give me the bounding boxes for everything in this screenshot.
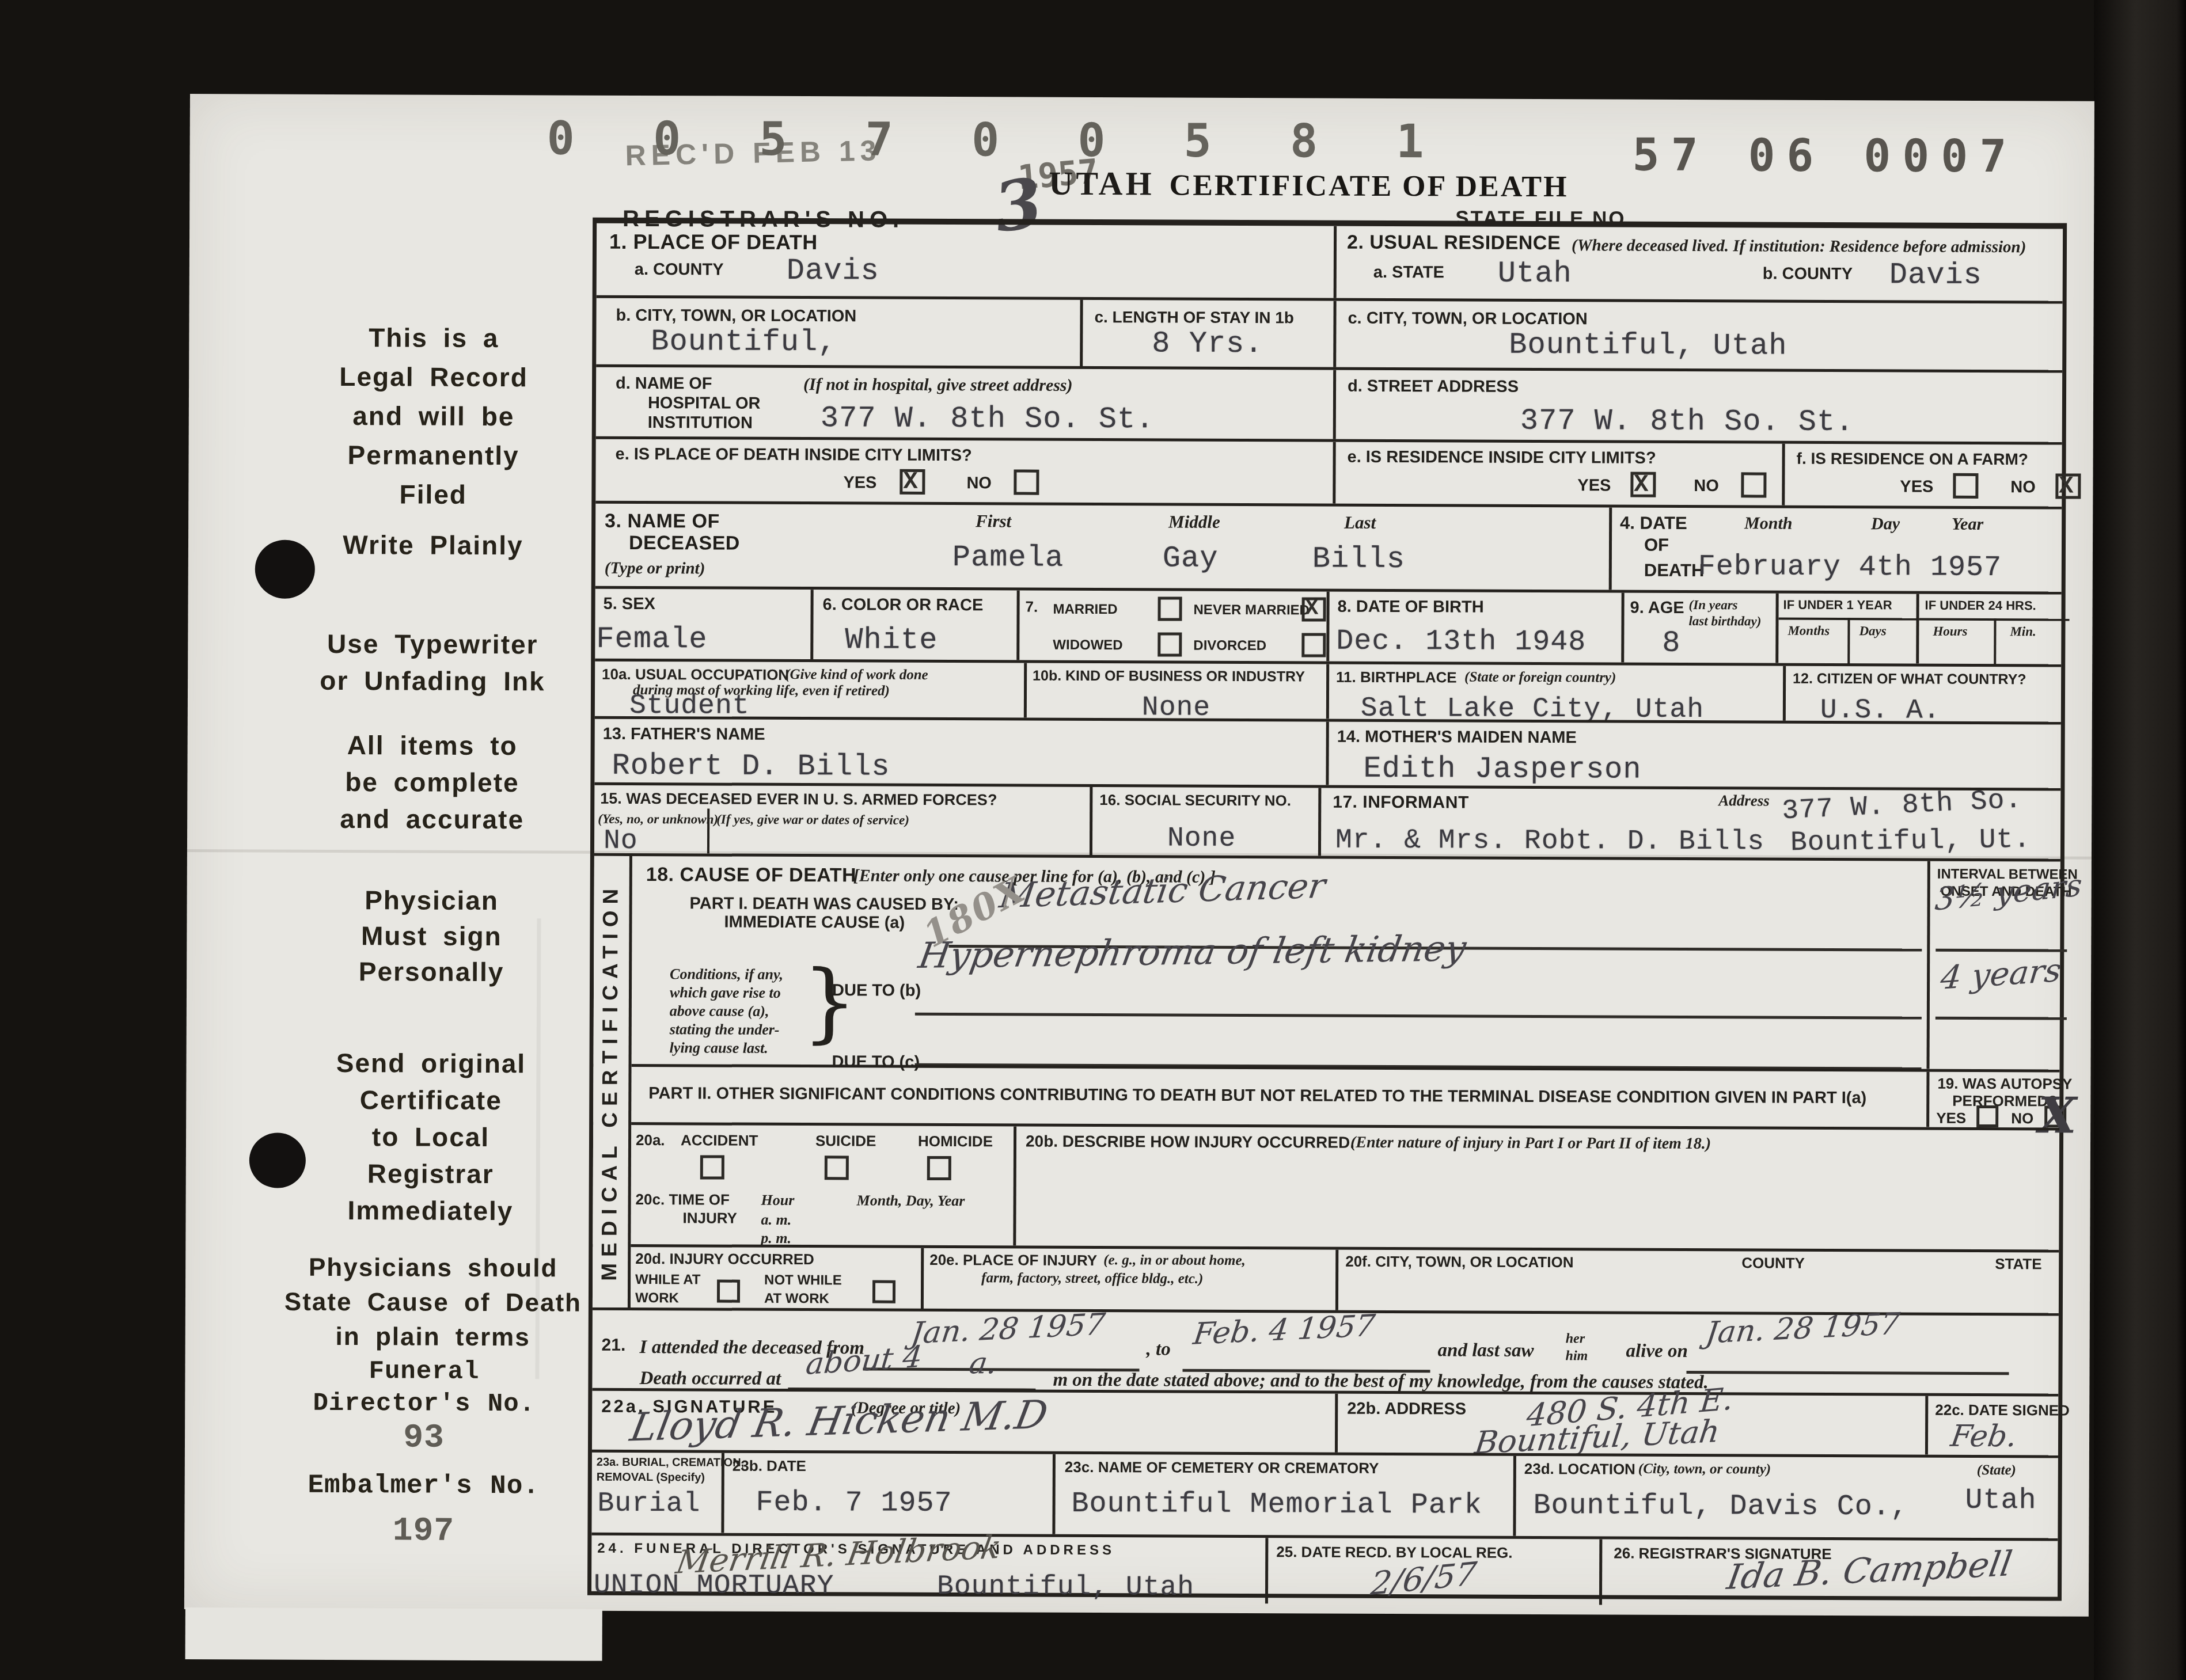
row-occupation-birthplace-citizen: 10a. USUAL OCCUPATION (Give kind of work…	[595, 659, 2061, 722]
date-received-handwritten: 2/6/57	[1369, 1555, 1479, 1603]
field-label: 20c. TIME OF	[636, 1191, 730, 1208]
margin-line: to Local	[209, 1118, 652, 1156]
field-note: farm, factory, street, office bldg., etc…	[981, 1270, 1203, 1287]
mortuary-city: Bountiful, Utah	[937, 1571, 1194, 1603]
field-label: REMOVAL (Specify)	[597, 1471, 705, 1484]
margin-note-send-original: Send original Certificate to Local Regis…	[208, 1044, 652, 1230]
field-note: (Type or print)	[605, 559, 705, 579]
field-value: Robert D. Bills	[612, 749, 890, 784]
row-physician-signature: 22a. SIGNATURE (Degree or title) Lloyd R…	[592, 1388, 2058, 1455]
statement-text: and last saw	[1438, 1340, 1534, 1362]
informant-value: Mr. & Mrs. Robt. D. Bills	[1335, 825, 1764, 858]
married-label: MARRIED	[1053, 602, 1118, 618]
field-label: 11. BIRTHPLACE	[1336, 669, 1457, 686]
row-injury-lower: 20d. INJURY OCCURRED WHILE AT WORK NOT W…	[593, 1244, 2059, 1313]
yes-label: YES	[1936, 1110, 1966, 1127]
checkbox-suicide	[825, 1156, 849, 1180]
margin-line: be complete	[210, 763, 654, 801]
checkbox-accident	[700, 1155, 724, 1179]
field-9-under-24-hrs: IF UNDER 24 HRS. Hours Min.	[1916, 594, 2069, 664]
conditions-note: stating the under-	[670, 1021, 780, 1039]
informant-address-line1: 377 W. 8th So.	[1781, 784, 2022, 827]
field-label: 9. AGE	[1630, 599, 1684, 618]
field-20e-place-of-injury: 20e. PLACE OF INJURY (e. g., in or about…	[921, 1248, 1335, 1310]
field-2e-inside-city-limits: e. IS RESIDENCE INSIDE CITY LIMITS? YES …	[1333, 442, 1782, 505]
margin-line: Send original	[209, 1044, 652, 1082]
checkbox-1e-no	[1014, 469, 1039, 495]
last-name-value: Bills	[1312, 542, 1405, 576]
first-name-value: Pamela	[952, 541, 1064, 575]
min-heading: Min.	[2010, 624, 2036, 639]
state-heading: STATE	[1995, 1256, 2041, 1272]
field-label: d. NAME OF	[616, 374, 712, 393]
scanned-death-certificate-page: 0 0 5 7 0 0 5 8 1 REC'D FEB 13 1957 3 RE…	[0, 0, 2186, 1680]
margin-line: Certificate	[209, 1081, 652, 1119]
funeral-directors-no-label: Funeral Director's No.	[202, 1355, 646, 1421]
field-value: Bountiful Memorial Park	[1071, 1488, 1482, 1522]
line	[1686, 1371, 2009, 1375]
field-value: Feb. 7 1957	[756, 1487, 952, 1520]
margin-line: Embalmer's No.	[202, 1465, 646, 1506]
margin-line: Must sign	[210, 917, 653, 955]
field-label: HOSPITAL OR	[648, 394, 761, 413]
checkbox-autopsy-no: X	[2044, 1105, 2066, 1127]
field-1e-inside-city-limits: e. IS PLACE OF DEATH INSIDE CITY LIMITS?…	[595, 439, 1333, 504]
divider	[1847, 618, 1850, 666]
field-value: Bountiful, Davis Co.,	[1533, 1489, 1908, 1523]
field-value: Dec. 13th 1948	[1336, 625, 1586, 659]
field-23a-burial: 23a. BURIAL, CREMATION, REMOVAL (Specify…	[591, 1453, 722, 1533]
first-name-heading: First	[976, 511, 1011, 531]
scan-right-edge-shadow	[2094, 0, 2186, 1680]
checkbox-widowed	[1157, 632, 1182, 656]
widowed-label: WIDOWED	[1053, 638, 1122, 653]
row-city-limits-farm: e. IS PLACE OF DEATH INSIDE CITY LIMITS?…	[595, 436, 2062, 507]
interval-b-line	[1935, 1017, 2067, 1020]
divorced-label: DIVORCED	[1193, 638, 1266, 654]
x-mark: X	[903, 470, 917, 494]
form-title: UTAHCERTIFICATE OF DEATH	[1049, 164, 1568, 204]
field-label: c. LENGTH OF STAY IN 1b	[1094, 308, 1294, 327]
x-mark: X	[1634, 473, 1648, 497]
margin-note-complete: All items to be complete and accurate	[210, 726, 654, 838]
field-label: INSTITUTION	[648, 413, 753, 432]
yes-label: YES	[1900, 477, 1933, 496]
checkbox-married	[1157, 596, 1182, 621]
date-signed-handwritten: Feb.	[1949, 1419, 2019, 1454]
field-label: f. IS RESIDENCE ON A FARM?	[1797, 450, 2029, 469]
row-name-dateofdeath: 3. NAME OF DECEASED (Type or print) Firs…	[595, 501, 2062, 592]
part1-label: PART I. DEATH WAS CAUSED BY:	[690, 894, 959, 914]
embalmers-no-label: Embalmer's No.	[202, 1465, 646, 1506]
margin-line: Filed	[211, 474, 655, 515]
field-1a-county-label: a. COUNTY	[635, 260, 724, 279]
field-2d-street-address: d. STREET ADDRESS 377 W. 8th So. St.	[1333, 370, 2070, 442]
divider	[707, 808, 709, 853]
margin-line: Use Typewriter	[211, 625, 654, 663]
row-injury-upper: 20a. ACCIDENT SUICIDE HOMICIDE 20c. TIME…	[593, 1122, 2059, 1250]
field-label: 23b. DATE	[733, 1458, 806, 1475]
margin-line: and will be	[212, 396, 655, 436]
field-4-date-of-death: 4. DATE OF DEATH Month Day Year February…	[1609, 507, 2070, 591]
am-label: a. m.	[761, 1211, 791, 1229]
field-9-under-1-year: IF UNDER 1 YEAR Months Days	[1775, 594, 1916, 664]
field-note: last birthday)	[1688, 614, 1761, 629]
field-23c-cemetery: 23c. NAME OF CEMETERY OR CREMATORY Bount…	[1052, 1454, 1513, 1536]
no-label: NO	[966, 474, 992, 493]
checkbox-2e-yes: X	[1630, 472, 1656, 497]
certificate-form: 1. PLACE OF DEATH a. COUNTY Davis 2. USU…	[587, 218, 2067, 1601]
under-24-hrs-heading: IF UNDER 24 HRS.	[1925, 599, 2036, 613]
medical-certification-label: MEDICAL CERTIFICATION	[597, 856, 623, 1307]
state-note: (State)	[1977, 1462, 2016, 1478]
checkbox-autopsy-yes	[1976, 1105, 1998, 1127]
medical-certification-strip: MEDICAL CERTIFICATION	[593, 856, 632, 1307]
margin-line: Physician	[210, 881, 654, 919]
not-while-at-work-label: NOT WHILE	[764, 1273, 842, 1288]
field-17-informant: 17. INFORMANT Address 377 W. 8th So. Bou…	[1318, 788, 2069, 859]
row-cause-of-death: 18. CAUSE OF DEATH [Enter only one cause…	[594, 853, 2060, 1070]
field-22c-date-signed: 22c. DATE SIGNED Feb.	[1925, 1396, 2066, 1455]
field-label: 23d. LOCATION	[1524, 1461, 1635, 1478]
field-8-date-of-birth: 8. DATE OF BIRTH Dec. 13th 1948	[1326, 592, 1621, 663]
yes-label: YES	[1577, 476, 1611, 495]
field-note: (In years	[1689, 598, 1738, 613]
field-note: (Where deceased lived. If institution: R…	[1572, 236, 2026, 257]
field-18-interval: INTERVAL BETWEEN ONSET AND DEATH 3½ year…	[1927, 861, 2069, 1070]
field-2c-city: c. CITY, TOWN, OR LOCATION Bountiful, Ut…	[1333, 301, 2070, 370]
yes-label: YES	[843, 473, 876, 492]
field-5-sex: 5. SEX Female	[595, 589, 810, 659]
state-value: Utah	[1965, 1484, 2037, 1517]
margin-note-physician-sign: Physician Must sign Personally	[210, 881, 654, 990]
checkbox-2e-no	[1741, 472, 1766, 497]
interval-a-line	[1935, 949, 2067, 952]
hour-heading: Hour	[761, 1192, 795, 1209]
field-value: 377 W. 8th So. St.	[821, 401, 1155, 436]
field-label: 22c. DATE SIGNED	[1935, 1402, 2070, 1419]
field-label: 22b. ADDRESS	[1347, 1400, 1466, 1419]
him-label: him	[1566, 1348, 1588, 1364]
field-20c-time-of-injury: 20c. TIME OF INJURY Hour a. m. p. m. Mon…	[631, 1187, 1013, 1249]
field-23b-date: 23b. DATE Feb. 7 1957	[721, 1453, 1053, 1534]
field-23d-location: 23d. LOCATION (City, town, or county) (S…	[1513, 1456, 2066, 1538]
margin-line: 197	[202, 1511, 645, 1552]
field-2f-residence-on-farm: f. IS RESIDENCE ON A FARM? YES NO X	[1782, 444, 2070, 507]
margin-line: Funeral	[202, 1355, 646, 1389]
month-heading: Month	[1744, 514, 1793, 533]
field-13-fathers-name: 13. FATHER'S NAME Robert D. Bills	[594, 719, 1326, 785]
field-11-birthplace: 11. BIRTHPLACE (State or foreign country…	[1326, 664, 1783, 721]
field-label: 6. COLOR OR RACE	[823, 595, 984, 615]
field-21-attended: 21. I attended the deceased from Jan. 28…	[592, 1310, 2066, 1394]
field-note: (e. g., in or about home,	[1103, 1252, 1246, 1269]
checkbox-while-at-work	[717, 1280, 740, 1303]
checkbox-not-while-at-work	[872, 1280, 895, 1303]
field-note: (Yes, no, or unknown)	[598, 812, 718, 827]
address-label: Address	[1718, 792, 1770, 809]
margin-line: Permanently	[211, 435, 655, 476]
field-value: None	[1167, 823, 1236, 854]
margin-note-legal-record: This is a Legal Record and will be Perma…	[211, 317, 655, 515]
checkbox-2f-yes	[1953, 473, 1978, 499]
age-value: 8	[1662, 626, 1680, 660]
field-2a-state-label: a. STATE	[1373, 263, 1444, 282]
state-file-number-stamp: 57 06 0007	[1632, 130, 2018, 183]
field-note: (Give kind of work done	[785, 667, 928, 683]
field-label: b. CITY, TOWN, OR LOCATION	[616, 306, 856, 326]
field-label: c. CITY, TOWN, OR LOCATION	[1348, 309, 1587, 329]
field-1d-hospital: d. NAME OF HOSPITAL OR INSTITUTION (If n…	[596, 367, 1333, 439]
last-name-heading: Last	[1344, 512, 1376, 533]
field-label: 18. CAUSE OF DEATH	[646, 864, 857, 887]
field-3-name-of-deceased: 3. NAME OF DECEASED (Type or print) Firs…	[595, 504, 1610, 590]
due-to-b-label: DUE TO (b)	[832, 981, 921, 1000]
embalmers-no-value: 197	[202, 1511, 645, 1552]
field-label: 10a. USUAL OCCUPATION	[602, 666, 789, 683]
field-label: 15. WAS DECEASED EVER IN U. S. ARMED FOR…	[600, 790, 997, 809]
no-label: NO	[2010, 478, 2036, 497]
never-married-label: NEVER MARRIED	[1194, 603, 1310, 619]
x-mark: X	[2059, 474, 2073, 498]
checkbox-2f-no: X	[2055, 473, 2081, 499]
margin-line: Personally	[210, 953, 653, 990]
title-state: UTAH	[1049, 165, 1155, 203]
margin-line: Registrar	[209, 1154, 652, 1193]
field-label: INJURY	[682, 1210, 737, 1226]
margin-line: or Unfading Ink	[211, 662, 654, 700]
field-2b-county-value: Davis	[1889, 258, 1982, 292]
margin-line: Immediately	[208, 1191, 652, 1230]
field-label: 10b. KIND OF BUSINESS OR INDUSTRY	[1033, 668, 1305, 685]
field-label: 1. PLACE OF DEATH	[609, 230, 818, 254]
margin-line: This is a	[212, 317, 655, 358]
field-label: e. IS PLACE OF DEATH INSIDE CITY LIMITS?	[616, 445, 972, 465]
field-label: 20d. INJURY OCCURRED	[635, 1251, 814, 1268]
field-24-funeral-director: 24. FUNERAL DIRECTOR'S SIGNATURE AND ADD…	[591, 1535, 1265, 1603]
field-label: 2. USUAL RESIDENCE	[1347, 232, 1561, 254]
while-at-work-label: WHILE AT	[635, 1272, 700, 1288]
field-15-armed-forces: 15. WAS DECEASED EVER IN U. S. ARMED FOR…	[594, 785, 1090, 855]
days-heading: Days	[1859, 624, 1886, 638]
conditions-note: Conditions, if any,	[670, 966, 783, 983]
field-2-usual-residence: 2. USUAL RESIDENCE (Where deceased lived…	[1334, 226, 2071, 301]
day-heading: Day	[1871, 514, 1900, 534]
death-ampm-handwritten: a.	[967, 1346, 999, 1381]
immediate-cause-label: IMMEDIATE CAUSE (a)	[724, 913, 905, 933]
field-value: 377 W. 8th So. St.	[1520, 404, 1854, 439]
field-value: No	[604, 826, 638, 857]
field-22a-signature: 22a. SIGNATURE (Degree or title) Lloyd R…	[592, 1391, 1335, 1453]
row-part2-autopsy: PART II. OTHER SIGNIFICANT CONDITIONS CO…	[593, 1064, 2059, 1128]
field-1c-length-of-stay: c. LENGTH OF STAY IN 1b 8 Yrs.	[1080, 300, 1333, 367]
field-12-citizen: 12. CITIZEN OF WHAT COUNTRY? U.S. A.	[1783, 666, 2069, 722]
margin-line: Write Plainly	[211, 524, 655, 565]
row-funeral-registrar: 24. FUNERAL DIRECTOR'S SIGNATURE AND ADD…	[591, 1533, 2058, 1607]
field-label: 7.	[1026, 599, 1038, 615]
field-note: (Enter nature of injury in Part I or Par…	[1350, 1134, 1711, 1153]
field-1a-county-value: Davis	[787, 254, 879, 288]
middle-name-value: Gay	[1163, 541, 1219, 575]
field-label: 5. SEX	[604, 595, 655, 614]
part2-label: PART II. OTHER SIGNIFICANT CONDITIONS CO…	[648, 1084, 1866, 1108]
margin-note-typewriter: Use Typewriter or Unfading Ink	[211, 625, 654, 700]
attended-from-handwritten: Jan. 28 1957	[909, 1307, 1107, 1351]
checkbox-1e-yes: X	[900, 469, 925, 495]
attended-to-handwritten: Feb. 4 1957	[1191, 1309, 1377, 1352]
margin-note-write-plainly: Write Plainly	[211, 524, 655, 565]
year-heading: Year	[1952, 515, 1983, 534]
field-label: 20f. CITY, TOWN, OR LOCATION	[1345, 1253, 1573, 1271]
certificate-paper: 0 0 5 7 0 0 5 8 1 REC'D FEB 13 1957 3 RE…	[184, 94, 2094, 1617]
field-label: 23c. NAME OF CEMETERY OR CREMATORY	[1065, 1459, 1379, 1477]
row-place-usual-residence: 1. PLACE OF DEATH a. COUNTY Davis 2. USU…	[597, 223, 2063, 301]
margin-line: Legal Record	[212, 356, 655, 397]
date-of-death-value: February 4th 1957	[1698, 550, 2002, 584]
paper-bottom-left-edge	[185, 1607, 602, 1661]
margin-line: 93	[202, 1418, 646, 1459]
field-7-marital-status: 7. MARRIED NEVER MARRIED X WIDOWED DIVOR…	[1016, 591, 1326, 662]
field-label: 16. SOCIAL SECURITY NO.	[1099, 792, 1291, 809]
months-heading: Months	[1787, 624, 1830, 638]
row-attended-statement: 21. I attended the deceased from Jan. 28…	[592, 1307, 2059, 1394]
field-label: 13. FATHER'S NAME	[603, 725, 765, 744]
field-label: 8. DATE OF BIRTH	[1338, 598, 1484, 617]
margin-line: Director's No.	[202, 1387, 646, 1421]
checkbox-never-married: X	[1301, 597, 1326, 621]
field-label: 20a.	[636, 1132, 665, 1149]
row-hospital-street: d. NAME OF HOSPITAL OR INSTITUTION (If n…	[596, 364, 2062, 442]
margin-line: and accurate	[210, 800, 654, 838]
field-20a-accident-suicide-homicide: 20a. ACCIDENT SUICIDE HOMICIDE	[631, 1125, 1014, 1188]
under-1-year-heading: IF UNDER 1 YEAR	[1783, 598, 1892, 613]
suicide-label: SUICIDE	[815, 1132, 876, 1150]
conditions-note: lying cause last.	[670, 1039, 768, 1057]
field-note: (If yes, give war or dates of service)	[716, 812, 909, 828]
field-value: Burial	[597, 1488, 700, 1520]
homicide-label: HOMICIDE	[918, 1133, 993, 1150]
field-note: (City, town, or county)	[1638, 1461, 1771, 1478]
brace-glyph: }	[802, 959, 857, 1046]
field-14-mothers-maiden-name: 14. MOTHER'S MAIDEN NAME Edith Jasperson	[1326, 722, 2069, 788]
middle-name-heading: Middle	[1168, 512, 1220, 533]
field-label: DECEASED	[629, 533, 740, 554]
county-heading: COUNTY	[1741, 1255, 1805, 1272]
field-note: (If not in hospital, give street address…	[803, 375, 1073, 396]
field-label: 4. DATE	[1620, 514, 1687, 534]
field-label: 12. CITIZEN OF WHAT COUNTRY?	[1793, 671, 2026, 688]
interval-b-handwritten: 4 years	[1939, 952, 2063, 997]
field-2b-county-label: b. COUNTY	[1763, 264, 1853, 283]
no-label: NO	[2011, 1110, 2033, 1127]
field-label: 3. NAME OF	[605, 511, 720, 533]
informant-address-line2: Bountiful, Ut.	[1790, 824, 2031, 859]
checkbox-divorced	[1301, 633, 1326, 657]
month-day-year-heading: Month, Day, Year	[857, 1192, 965, 1210]
row-city-length: b. CITY, TOWN, OR LOCATION Bountiful, c.…	[596, 295, 2062, 370]
cause-b-line	[915, 1013, 1922, 1020]
accident-label: ACCIDENT	[681, 1132, 758, 1149]
row-forces-ssn-informant: 15. WAS DECEASED EVER IN U. S. ARMED FOR…	[594, 782, 2060, 859]
title-main: CERTIFICATE OF DEATH	[1170, 169, 1569, 204]
field-20f-city-county-state: 20f. CITY, TOWN, OR LOCATION COUNTY STAT…	[1335, 1250, 2067, 1313]
field-number: 21.	[602, 1336, 626, 1355]
field-10b-kind-of-business: 10b. KIND OF BUSINESS OR INDUSTRY None	[1024, 663, 1326, 719]
mortuary-name: UNION MORTUARY	[594, 1570, 834, 1602]
field-16-social-security: 16. SOCIAL SECURITY NO. None	[1090, 787, 1318, 856]
field-label: d. STREET ADDRESS	[1348, 377, 1519, 397]
row-burial: 23a. BURIAL, CREMATION, REMOVAL (Specify…	[591, 1450, 2058, 1538]
checkbox-homicide	[927, 1156, 951, 1180]
field-20b-describe-injury: 20b. DESCRIBE HOW INJURY OCCURRED. (Ente…	[1013, 1127, 2067, 1250]
field-22b-address: 22b. ADDRESS 480 S. 4th E. Bountiful, Ut…	[1335, 1394, 1925, 1455]
row-sex-race-marital-birth-age: 5. SEX Female 6. COLOR OR RACE White 7. …	[595, 586, 2061, 664]
field-20d-injury-occurred: 20d. INJURY OCCURRED WHILE AT WORK NOT W…	[631, 1247, 921, 1309]
field-6-color-or-race: 6. COLOR OR RACE White	[810, 590, 1016, 660]
field-value: 8 Yrs.	[1152, 326, 1263, 361]
field-label: 14. MOTHER'S MAIDEN NAME	[1337, 728, 1577, 747]
field-label: DEATH	[1644, 561, 1705, 581]
row-parents: 13. FATHER'S NAME Robert D. Bills 14. MO…	[594, 716, 2060, 788]
field-value: Bountiful, Utah	[1509, 328, 1787, 363]
conditions-note: above cause (a),	[670, 1002, 769, 1020]
field-value: White	[845, 623, 938, 657]
margin-line: All items to	[211, 726, 654, 765]
funeral-directors-no-value: 93	[202, 1418, 646, 1459]
field-value: Female	[596, 622, 707, 657]
field-26-registrar-signature: 26. REGISTRAR'S SIGNATURE Ida B. Campbel…	[1599, 1539, 2066, 1606]
divider	[1994, 618, 1996, 667]
hours-heading: Hours	[1933, 624, 1967, 639]
statement-text: alive on	[1626, 1341, 1688, 1362]
field-10a-usual-occupation: 10a. USUAL OCCUPATION (Give kind of work…	[595, 662, 1024, 718]
field-9-age: 9. AGE (In years last birthday) 8	[1621, 593, 1775, 663]
received-date-stamp: REC'D FEB 13	[625, 134, 882, 172]
statement-text: Death occurred at	[639, 1368, 781, 1390]
field-note: (State or foreign country)	[1464, 670, 1616, 686]
field-1-place-of-death: 1. PLACE OF DEATH a. COUNTY Davis	[597, 223, 1334, 298]
field-2a-state-value: Utah	[1498, 257, 1572, 291]
field-25-date-received: 25. DATE RECD. BY LOCAL REG. 2/6/57	[1265, 1538, 1599, 1605]
field-label: 20e. PLACE OF INJURY	[929, 1252, 1097, 1269]
field-label: OF	[1644, 535, 1669, 556]
death-time-handwritten: about 4	[804, 1340, 924, 1382]
field-label: e. IS RESIDENCE INSIDE CITY LIMITS?	[1348, 448, 1656, 468]
field-18-part2: PART II. OTHER SIGNIFICANT CONDITIONS CO…	[631, 1067, 1926, 1127]
field-value: Bountiful,	[651, 325, 836, 359]
her-label: her	[1566, 1331, 1585, 1347]
cause-b-handwritten: Hypernephroma of left kidney	[916, 927, 1469, 976]
last-alive-handwritten: Jan. 28 1957	[1704, 1307, 1902, 1351]
statement-text: , to	[1147, 1339, 1171, 1360]
field-1b-city: b. CITY, TOWN, OR LOCATION Bountiful,	[596, 298, 1080, 366]
conditions-note: which gave rise to	[670, 984, 781, 1002]
field-label: 17. INFORMANT	[1333, 793, 1469, 812]
while-at-work-label: WORK	[635, 1291, 679, 1306]
no-label: NO	[1694, 477, 1719, 496]
x-mark: X	[1305, 598, 1319, 619]
field-value: Edith Jasperson	[1363, 752, 1641, 787]
field-19-autopsy: 19. WAS AUTOPSY PERFORMED? YES NO X	[1926, 1072, 2067, 1128]
field-label: 20b. DESCRIBE HOW INJURY OCCURRED.	[1026, 1132, 1354, 1152]
field-18-cause-of-death: 18. CAUSE OF DEATH [Enter only one cause…	[632, 856, 1927, 1069]
not-while-at-work-label: AT WORK	[764, 1291, 829, 1307]
